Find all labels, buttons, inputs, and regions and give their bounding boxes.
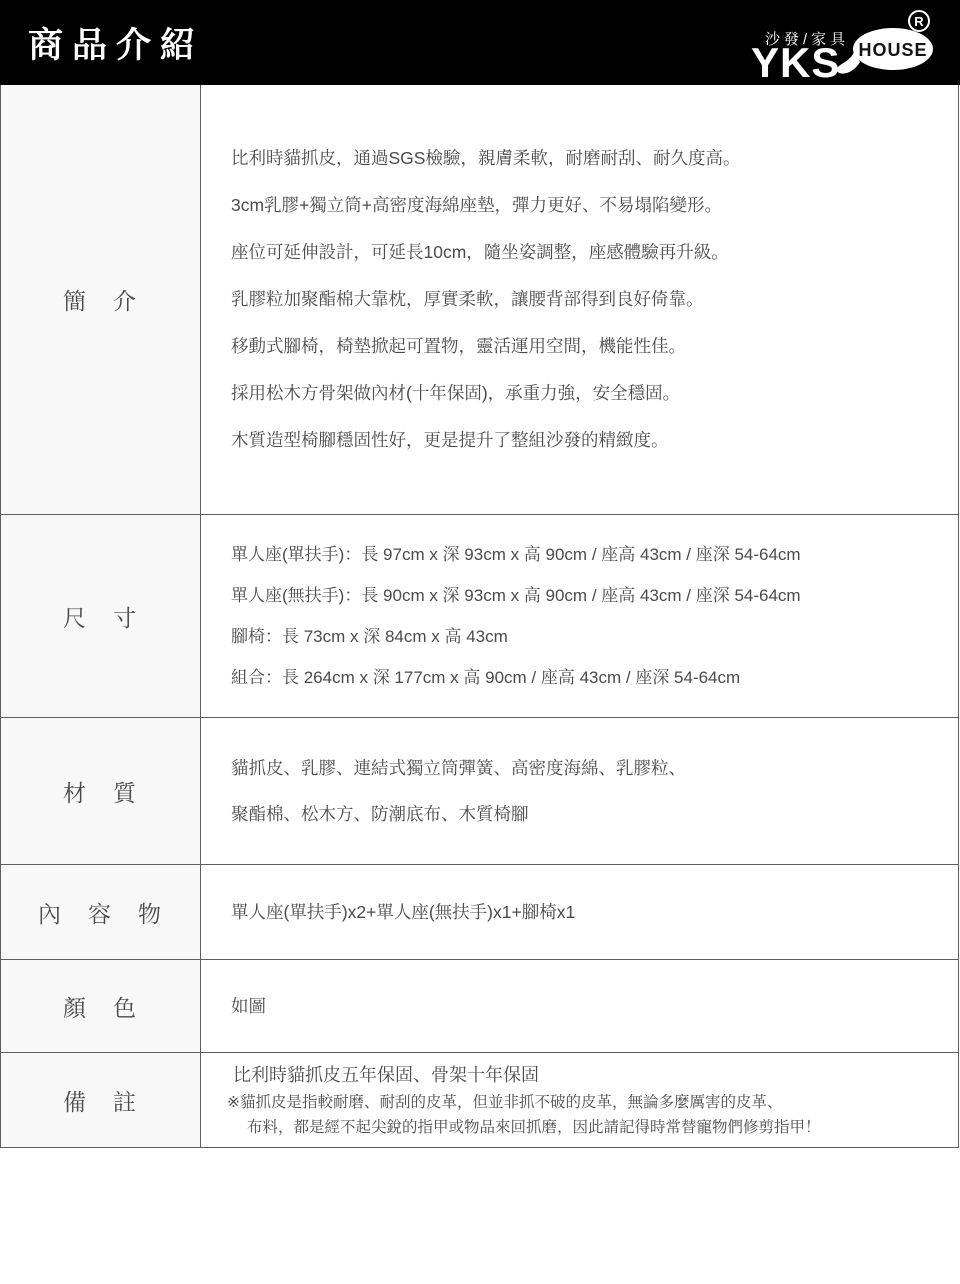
row-size-content: 單人座(單扶手)：長 97cm x 深 93cm x 高 90cm / 座高 4…: [201, 515, 958, 717]
size-line: 組合：長 264cm x 深 177cm x 高 90cm / 座高 43cm …: [231, 657, 942, 698]
row-intro: 簡 介 比利時貓抓皮，通過SGS檢驗，親膚柔軟，耐磨耐刮、耐久度高。 3cm乳膠…: [1, 85, 958, 515]
logo-house-text: HOUSE: [858, 40, 927, 60]
row-color: 顏 色 如圖: [1, 960, 958, 1053]
row-size: 尺 寸 單人座(單扶手)：長 97cm x 深 93cm x 高 90cm / …: [1, 515, 958, 718]
row-note-label: 備 註: [1, 1053, 201, 1147]
size-line: 腳椅：長 73cm x 深 84cm x 高 43cm: [231, 616, 942, 657]
note-line: ※貓抓皮是指較耐磨、耐刮的皮革，但並非抓不破的皮革，無論多麼厲害的皮革、: [227, 1090, 942, 1115]
row-color-content: 如圖: [201, 960, 958, 1052]
intro-line: 座位可延伸設計，可延長10cm，隨坐姿調整，座感體驗再升級。: [231, 229, 942, 276]
row-intro-content: 比利時貓抓皮，通過SGS檢驗，親膚柔軟，耐磨耐刮、耐久度高。 3cm乳膠+獨立筒…: [201, 85, 958, 514]
size-line: 單人座(單扶手)：長 97cm x 深 93cm x 高 90cm / 座高 4…: [231, 534, 942, 575]
contents-line: 單人座(單扶手)x2+單人座(無扶手)x1+腳椅x1: [231, 899, 942, 925]
row-intro-label: 簡 介: [1, 85, 201, 514]
color-line: 如圖: [231, 993, 942, 1019]
spec-table: 簡 介 比利時貓抓皮，通過SGS檢驗，親膚柔軟，耐磨耐刮、耐久度高。 3cm乳膠…: [0, 85, 959, 1148]
intro-line: 移動式腳椅，椅墊掀起可置物，靈活運用空間，機能性佳。: [231, 323, 942, 370]
page-title: 商品介紹: [28, 18, 204, 68]
row-contents-content: 單人座(單扶手)x2+單人座(無扶手)x1+腳椅x1: [201, 865, 958, 959]
product-description-page: 商品介紹 沙發/家具 YKS HOUSE R 簡 介 比利時貓抓皮，通過SGS檢…: [0, 0, 960, 1284]
yks-house-logo: 沙發/家具 YKS HOUSE R: [740, 6, 960, 82]
header-bar: 商品介紹 沙發/家具 YKS HOUSE R: [0, 0, 960, 85]
registered-mark-letter: R: [914, 14, 924, 29]
intro-line: 乳膠粒加聚酯棉大靠枕，厚實柔軟，讓腰背部得到良好倚靠。: [231, 276, 942, 323]
logo-brand-text: YKS: [751, 39, 840, 82]
row-material-label: 材 質: [1, 718, 201, 864]
warranty-text: 比利時貓抓皮五年保固、骨架十年保固: [227, 1060, 942, 1090]
intro-line: 採用松木方骨架做內材(十年保固)，承重力強，安全穩固。: [231, 370, 942, 417]
material-line: 聚酯棉、松木方、防潮底布、木質椅腳: [231, 791, 942, 837]
row-material: 材 質 貓抓皮、乳膠、連結式獨立筒彈簧、高密度海綿、乳膠粒、 聚酯棉、松木方、防…: [1, 718, 958, 865]
row-note: 備 註 比利時貓抓皮五年保固、骨架十年保固 ※貓抓皮是指較耐磨、耐刮的皮革，但並…: [1, 1053, 958, 1147]
note-line: 布料，都是經不起尖銳的指甲或物品來回抓磨，因此請記得時常替寵物們修剪指甲！: [227, 1115, 942, 1140]
intro-line: 3cm乳膠+獨立筒+高密度海綿座墊，彈力更好、不易塌陷變形。: [231, 182, 942, 229]
row-contents-label: 內 容 物: [1, 865, 201, 959]
intro-line: 木質造型椅腳穩固性好，更是提升了整組沙發的精緻度。: [231, 417, 942, 464]
row-size-label: 尺 寸: [1, 515, 201, 717]
row-note-content: 比利時貓抓皮五年保固、骨架十年保固 ※貓抓皮是指較耐磨、耐刮的皮革，但並非抓不破…: [201, 1053, 958, 1147]
row-contents: 內 容 物 單人座(單扶手)x2+單人座(無扶手)x1+腳椅x1: [1, 865, 958, 960]
material-line: 貓抓皮、乳膠、連結式獨立筒彈簧、高密度海綿、乳膠粒、: [231, 745, 942, 791]
row-material-content: 貓抓皮、乳膠、連結式獨立筒彈簧、高密度海綿、乳膠粒、 聚酯棉、松木方、防潮底布、…: [201, 718, 958, 864]
size-line: 單人座(無扶手)：長 90cm x 深 93cm x 高 90cm / 座高 4…: [231, 575, 942, 616]
intro-line: 比利時貓抓皮，通過SGS檢驗，親膚柔軟，耐磨耐刮、耐久度高。: [231, 135, 942, 182]
row-color-label: 顏 色: [1, 960, 201, 1052]
